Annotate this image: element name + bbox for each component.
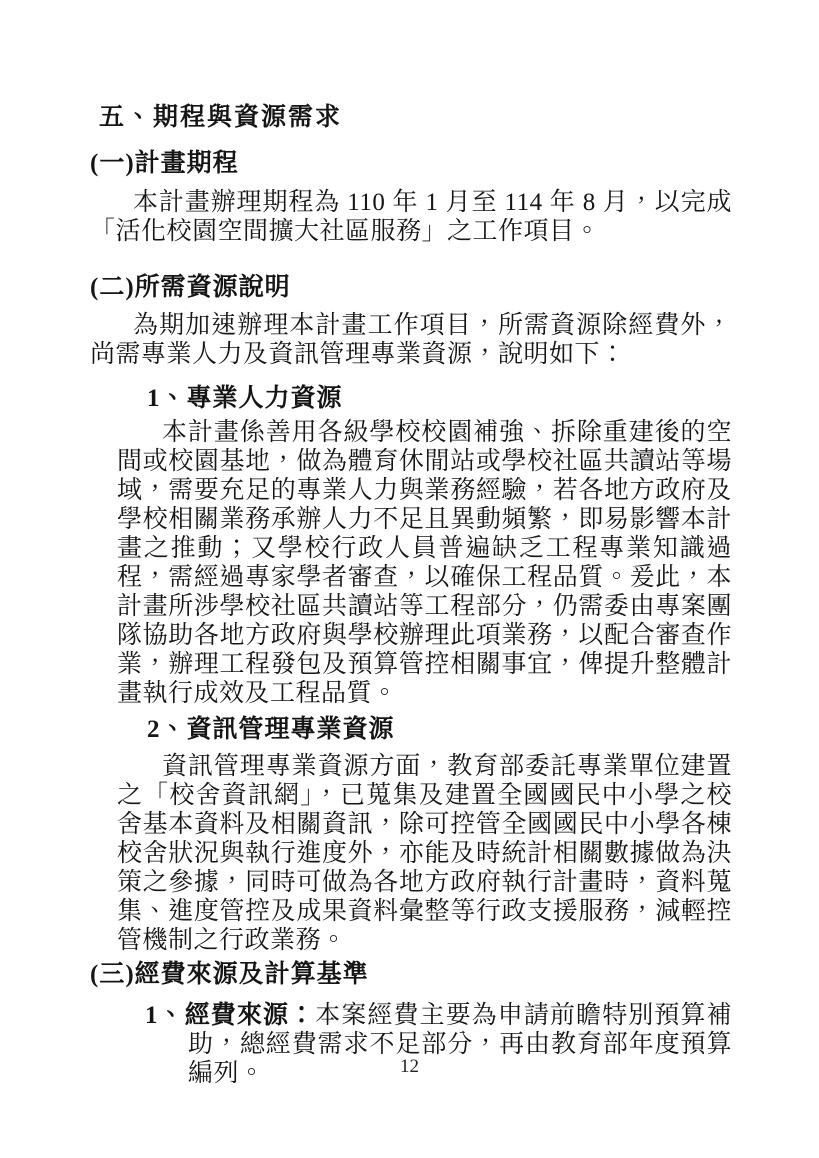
document-page: 五、期程與資源需求 (一)計畫期程 本計畫辦理期程為 110 年 1 月至 11…: [0, 0, 819, 1158]
subsection-heading-plan-period: (一)計畫期程: [90, 150, 732, 178]
paragraph-professional-manpower: 本計畫係善用各級學校校園補強、拆除重建後的空間或校園基地，做為體育休閒站或學校社…: [117, 418, 732, 708]
item-heading-information-management: 2、資訊管理專業資源: [147, 716, 732, 744]
paragraph-information-management: 資訊管理專業資源方面，教育部委託專業單位建置之「校舍資訊網」，已蒐集及建置全國國…: [117, 752, 732, 955]
funding-item-marker: 1、: [145, 1002, 185, 1029]
funding-item-label: 經費來源：: [185, 1002, 315, 1029]
paragraph-plan-period: 本計畫辦理期程為 110 年 1 月至 114 年 8 月，以完成「活化校園空間…: [90, 188, 732, 246]
section-heading-schedule-resources: 五、期程與資源需求: [99, 104, 732, 132]
page-content: 五、期程與資源需求 (一)計畫期程 本計畫辦理期程為 110 年 1 月至 11…: [90, 104, 732, 1088]
paragraph-resources-intro: 為期加速辦理本計畫工作項目，所需資源除經費外，尚需專業人力及資訊管理專業資源，說…: [90, 311, 732, 369]
item-heading-professional-manpower: 1、專業人力資源: [147, 385, 732, 413]
page-number: 12: [0, 1056, 819, 1078]
subsection-heading-required-resources: (二)所需資源說明: [90, 274, 732, 302]
subsection-heading-funding-basis: (三)經費來源及計算基準: [90, 961, 732, 989]
